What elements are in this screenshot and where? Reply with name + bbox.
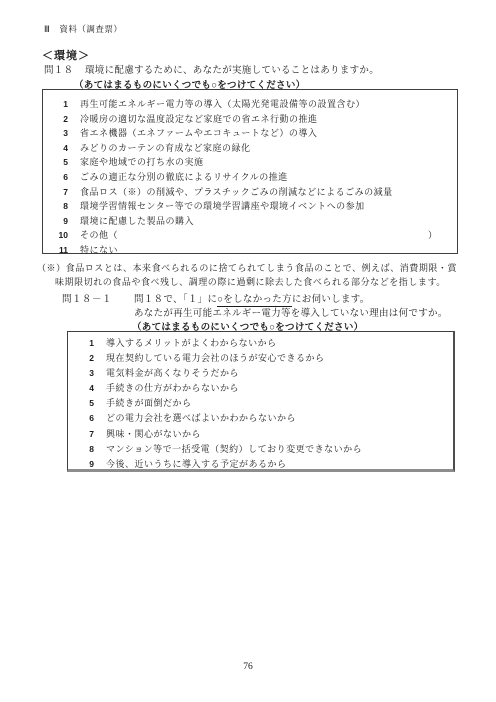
option-label: 食品ロス（※）の削減や、プラスチックごみの削減などによるごみの減量 <box>80 185 393 198</box>
option-number: 3 <box>79 368 94 378</box>
option-number: 3 <box>53 128 68 138</box>
option-label: 導入するメリットがよくわからないから <box>106 336 277 349</box>
option-number: 4 <box>79 383 94 393</box>
footnote-line-2: 味期限切れの食品や食べ残し、調理の際に過剰に除去した食べられる部分などを指します… <box>55 275 446 288</box>
option-label: ごみの適正な分別の徹底によるリサイクルの推進 <box>80 170 288 183</box>
option-row: 7 興味・関心がないから <box>68 427 453 442</box>
option-label: その他（ <box>80 228 118 241</box>
option-row: 1 再生可能エネルギー電力等の導入（太陽光発電設備等の設置含む） <box>43 97 457 112</box>
option-label: 手続きの仕方がわからないから <box>106 381 239 394</box>
question-18-1-text-line-2: あなたが再生可能エネルギー電力等を導入していない理由は何ですか。 <box>134 305 448 319</box>
option-row: 8 マンション等で一括受電（契約）しており変更できないから <box>68 442 453 457</box>
question-18-label: 問１８ <box>44 62 85 76</box>
section-title-environment: ＜環境＞ <box>42 47 90 63</box>
option-row: 3 省エネ機器（エネファームやエコキュートなど）の導入 <box>43 126 457 141</box>
question-18-1-text-line-1: 問１８で、「１」に○をしなかった方にお伺いします。 <box>134 291 370 305</box>
question-18: 問１８ 環境に配慮するために、あなたが実施していることはありますか。 <box>44 62 379 76</box>
option-number: 7 <box>53 187 68 197</box>
option-number: 9 <box>79 459 94 469</box>
option-number: 1 <box>79 338 94 348</box>
option-row: 9 今後、近いうちに導入する予定があるから <box>68 457 453 472</box>
option-row: 11 特にない <box>43 243 457 258</box>
option-number: 8 <box>53 201 68 211</box>
survey-document-page: Ⅲ 資料（調査票） ＜環境＞ 問１８ 環境に配慮するために、あなたが実施している… <box>0 0 496 702</box>
option-number: 5 <box>79 398 94 408</box>
option-fill-in-close-paren: ） <box>428 228 437 241</box>
option-row: 10 その他（ ） <box>43 228 457 243</box>
option-number: 1 <box>53 99 68 109</box>
option-row: 5 家庭や地域での打ち水の実施 <box>43 155 457 170</box>
option-number: 6 <box>53 172 68 182</box>
document-header: Ⅲ 資料（調査票） <box>44 23 122 35</box>
option-number: 7 <box>79 429 94 439</box>
option-number: 2 <box>53 114 68 124</box>
question-18-1-text-post: にお伺いします。 <box>292 294 370 305</box>
option-row: 3 電気料金が高くなりそうだから <box>68 366 453 381</box>
option-row: 7 食品ロス（※）の削減や、プラスチックごみの削減などによるごみの減量 <box>43 185 457 200</box>
option-label: 興味・関心がないから <box>106 427 201 440</box>
option-number: 9 <box>53 216 68 226</box>
question-18-options-box: 1 再生可能エネルギー電力等の導入（太陽光発電設備等の設置含む） 2 冷暖房の適… <box>42 89 458 254</box>
option-row: 8 環境学習情報センター等での環境学習講座や環境イベントへの参加 <box>43 199 457 214</box>
question-18-text: 環境に配慮するために、あなたが実施していることはありますか。 <box>85 62 379 76</box>
option-label: 特にない <box>80 243 118 256</box>
option-label: 家庭や地域での打ち水の実施 <box>80 155 204 168</box>
question-18-1-text-pre: 問１８で、「１」に <box>134 294 217 305</box>
option-number: 2 <box>79 353 94 363</box>
question-18-1-options-box: 1 導入するメリットがよくわからないから 2 現在契約している電力会社のほうが安… <box>67 331 455 472</box>
option-label: 手続きが面倒だから <box>106 396 192 409</box>
option-label: マンション等で一括受電（契約）しており変更できないから <box>106 442 362 455</box>
option-row: 6 どの電力会社を選べばよいかわからないから <box>68 411 453 426</box>
option-number: 10 <box>53 230 68 240</box>
option-number: 4 <box>53 143 68 153</box>
option-row: 5 手続きが面倒だから <box>68 396 453 411</box>
option-label: 電気料金が高くなりそうだから <box>106 366 239 379</box>
option-row: 2 冷暖房の適切な温度設定など家庭での省エネ行動の推進 <box>43 112 457 127</box>
option-label: 今後、近いうちに導入する予定があるから <box>106 457 287 470</box>
option-row: 6 ごみの適正な分別の徹底によるリサイクルの推進 <box>43 170 457 185</box>
option-label: どの電力会社を選べばよいかわからないから <box>106 411 296 424</box>
option-row: 9 環境に配慮した製品の購入 <box>43 214 457 229</box>
option-row: 1 導入するメリットがよくわからないから <box>68 336 453 351</box>
option-row: 2 現在契約している電力会社のほうが安心できるから <box>68 351 453 366</box>
option-row: 4 手続きの仕方がわからないから <box>68 381 453 396</box>
question-18-1-label: 問１８－１ <box>62 291 112 305</box>
option-number: 8 <box>79 444 94 454</box>
option-number: 5 <box>53 157 68 167</box>
option-number: 11 <box>53 245 68 255</box>
option-number: 6 <box>79 413 94 423</box>
option-row: 4 みどりのカーテンの育成など家庭の緑化 <box>43 141 457 156</box>
option-label: 省エネ機器（エネファームやエコキュートなど）の導入 <box>80 126 317 139</box>
footnote-line-1: （※）食品ロスとは、本来食べられるのに捨てられてしまう食品のことで、例えば、消費… <box>37 261 457 274</box>
page-number: 76 <box>0 662 496 672</box>
option-label: 冷暖房の適切な温度設定など家庭での省エネ行動の推進 <box>80 112 318 125</box>
option-label: みどりのカーテンの育成など家庭の緑化 <box>80 141 251 154</box>
option-label: 現在契約している電力会社のほうが安心できるから <box>106 351 325 364</box>
option-label: 環境に配慮した製品の購入 <box>80 214 194 227</box>
option-label: 再生可能エネルギー電力等の導入（太陽光発電設備等の設置含む） <box>80 97 365 110</box>
option-label: 環境学習情報センター等での環境学習講座や環境イベントへの参加 <box>80 199 365 212</box>
